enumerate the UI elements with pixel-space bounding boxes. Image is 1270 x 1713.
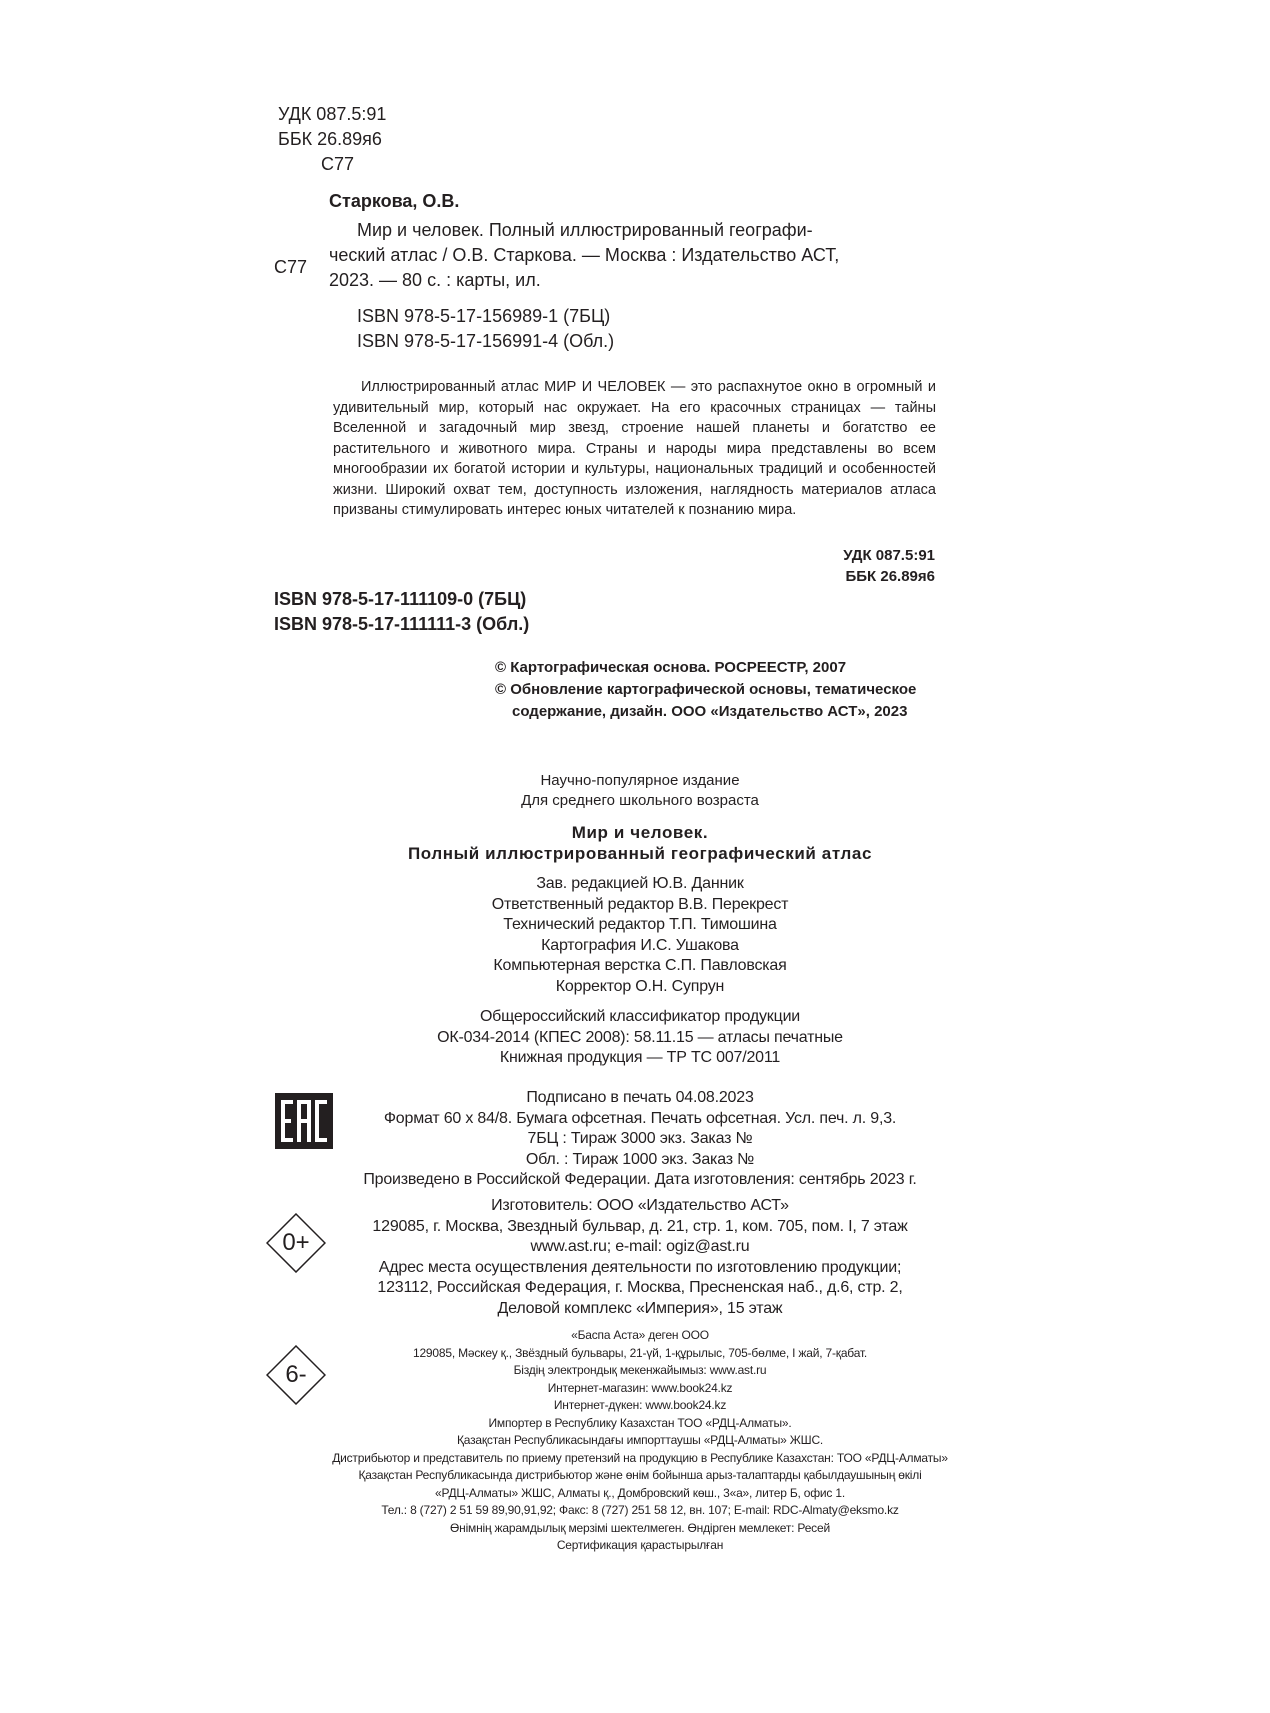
manufacturer-line: Деловой комплекс «Империя», 15 этаж — [320, 1299, 960, 1320]
catalog-description-line: 2023. — 80 с. : карты, ил. — [329, 268, 541, 292]
staff-line: Компьютерная верстка С.П. Павловская — [340, 956, 940, 977]
print-info-line: Подписано в печать 04.08.2023 — [340, 1088, 940, 1109]
print-info-line: Формат 60 х 84/8. Бумага офсетная. Печат… — [340, 1109, 940, 1130]
print-info-line: Произведено в Российской Федерации. Дата… — [320, 1170, 960, 1191]
copyright-line: © Обновление картографической основы, те… — [495, 680, 916, 700]
manufacturer-line: Адрес места осуществления деятельности п… — [320, 1258, 960, 1279]
staff-line: Корректор О.Н. Супрун — [340, 977, 940, 998]
staff-line: Технический редактор Т.П. Тимошина — [340, 915, 940, 936]
author-mark: С77 — [321, 152, 354, 176]
kazakhstan-line: «Баспа Аста» деген ООО — [240, 1327, 1040, 1345]
catalog-isbn: ISBN 978-5-17-156991-4 (Обл.) — [357, 329, 614, 353]
manufacturer-line: Изготовитель: ООО «Издательство АСТ» — [320, 1196, 960, 1217]
print-info-line: 7БЦ : Тираж 3000 экз. Заказ № — [340, 1129, 940, 1150]
manufacturer-line: 123112, Российская Федерация, г. Москва,… — [320, 1278, 960, 1299]
edition-title-line2: Полный иллюстрированный географический а… — [300, 843, 980, 865]
bbk-code: ББК 26.89я6 — [278, 127, 382, 151]
age-rating-label: 0+ — [266, 1213, 326, 1273]
kazakhstan-line: Интернет-дүкен: www.book24.kz — [240, 1397, 1040, 1415]
kazakhstan-line: Біздің электрондық мекенжайымыз: www.ast… — [240, 1362, 1040, 1380]
udk-code-right: УДК 087.5:91 — [780, 546, 935, 566]
kazakhstan-line: Қазақстан Республикасындағы импорттаушы … — [240, 1432, 1040, 1450]
catalog-isbn: ISBN 978-5-17-156989-1 (7БЦ) — [357, 304, 610, 328]
udk-code: УДК 087.5:91 — [278, 102, 386, 126]
edition-audience: Для среднего школьного возраста — [340, 791, 940, 811]
kazakhstan-line: «РДЦ-Алматы» ЖШС, Алматы қ., Домбровский… — [240, 1485, 1040, 1503]
annotation: Иллюстрированный атлас МИР И ЧЕЛОВЕК — э… — [333, 377, 936, 521]
kazakhstan-line: Интернет-магазин: www.book24.kz — [240, 1380, 1040, 1398]
copyright-line: содержание, дизайн. ООО «Издательство АС… — [512, 702, 907, 722]
staff-line: Ответственный редактор В.В. Перекрест — [340, 895, 940, 916]
classifier-line: Общероссийский классификатор продукции — [340, 1007, 940, 1028]
manufacturer-line: 129085, г. Москва, Звездный бульвар, д. … — [320, 1217, 960, 1238]
edition-title-line1: Мир и человек. — [340, 822, 940, 844]
staff-line: Зав. редакцией Ю.В. Данник — [340, 874, 940, 895]
kazakhstan-line: Тел.: 8 (727) 2 51 59 89,90,91,92; Факс:… — [240, 1502, 1040, 1520]
bbk-code-right: ББК 26.89я6 — [780, 567, 935, 587]
classifier-line: Книжная продукция — ТР ТС 007/2011 — [340, 1048, 940, 1069]
catalog-author: Старкова, О.В. — [329, 189, 459, 213]
edition-type: Научно-популярное издание — [340, 771, 940, 791]
staff-line: Картография И.С. Ушакова — [340, 936, 940, 957]
eac-mark-icon — [275, 1093, 333, 1149]
kazakhstan-line: Дистрибьютор и представитель по приему п… — [240, 1450, 1040, 1468]
catalog-description-line: ческий атлас / О.В. Старкова. — Москва :… — [329, 243, 839, 267]
classifier-line: ОК-034-2014 (КПЕС 2008): 58.11.15 — атла… — [340, 1028, 940, 1049]
kazakhstan-line: Сертификация қарастырылған — [240, 1537, 1040, 1555]
manufacturer-line: www.ast.ru; e-mail: ogiz@ast.ru — [320, 1237, 960, 1258]
isbn-bold: ISBN 978-5-17-111109-0 (7БЦ) — [274, 587, 526, 611]
catalog-author-mark: С77 — [274, 255, 307, 279]
catalog-description-line: Мир и человек. Полный иллюстрированный г… — [357, 218, 813, 242]
copyright-line: © Картографическая основа. РОСРЕЕСТР, 20… — [495, 658, 846, 678]
isbn-bold: ISBN 978-5-17-111111-3 (Обл.) — [274, 612, 529, 636]
kazakhstan-line: Импортер в Республику Казахстан ТОО «РДЦ… — [240, 1415, 1040, 1433]
annotation-text: Иллюстрированный атлас МИР И ЧЕЛОВЕК — э… — [333, 377, 936, 521]
print-info-line: Обл. : Тираж 1000 экз. Заказ № — [340, 1150, 940, 1171]
kazakhstan-line: Қазақстан Республикасында дистрибьютор ж… — [240, 1467, 1040, 1485]
kazakhstan-line: 129085, Мәскеу қ., Звёздный бульвары, 21… — [240, 1345, 1040, 1363]
age-rating-0-plus-icon: 0+ — [266, 1213, 326, 1273]
kazakhstan-line: Өнімнің жарамдылық мерзімі шектелмеген. … — [240, 1520, 1040, 1538]
